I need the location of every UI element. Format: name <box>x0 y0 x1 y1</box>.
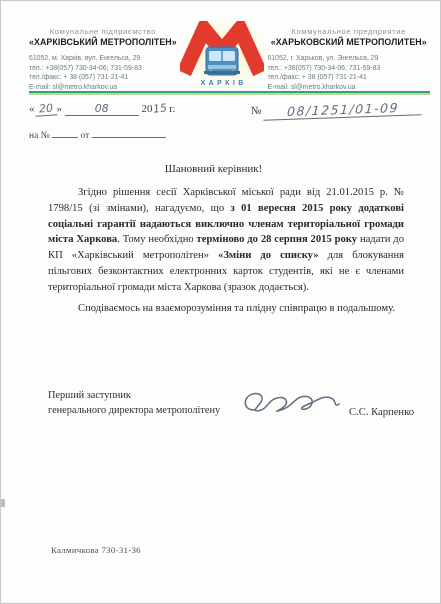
reply-from-label: от <box>81 131 90 141</box>
number-label: № <box>251 105 262 117</box>
letterhead-divider <box>29 91 430 95</box>
p1-run-normal: . Тому необхідно <box>117 234 196 245</box>
scan-artifact <box>1 499 5 507</box>
date-year-handwritten: 15 <box>152 101 167 115</box>
letterhead: Комунальне підприємство «ХАРКІВСЬКИЙ МЕТ… <box>29 17 430 92</box>
letterhead-russian: Коммунальное предприятие «ХАРЬКОВСКИЙ МЕ… <box>267 17 430 92</box>
reply-on-label: на № <box>29 131 50 141</box>
executor-contact: Калмичкова 730-31-36 <box>51 545 141 555</box>
outgoing-number-line: № 08/1251/01-09 <box>251 102 422 118</box>
divider-green-line <box>29 93 430 95</box>
address-line-ua: 61052, м. Харків, вул. Енгельса, 29 <box>29 54 177 64</box>
letter-body: Згідно рішення сесії Харківської міської… <box>48 185 404 316</box>
address-line-ru: 61052, г. Харьков, ул. Энгельса, 29 <box>267 54 430 64</box>
paragraph-2: Сподіваємось на взаєморозуміння та плідн… <box>48 301 404 317</box>
signature-handwriting-icon <box>240 386 343 420</box>
company-name-ua: «ХАРКІВСЬКИЙ МЕТРОПОЛІТЕН» <box>29 37 177 47</box>
company-type-ua: Комунальне підприємство <box>29 27 177 36</box>
fax-line-ua: тел./факс: + 38 (057) 731-21-41 <box>29 73 177 83</box>
phone-line-ua: тел.: +38(057) 730-34-06; 731-59-83 <box>29 64 177 74</box>
reply-date-blank <box>92 127 166 138</box>
reply-reference-line: на № от <box>29 127 166 141</box>
fax-line-ru: тел./факс: + 38 (057) 731-21-41 <box>267 73 430 83</box>
date-quote-open: « <box>29 103 35 115</box>
p1-run-bold: «Зміни до списку» <box>218 250 318 261</box>
signature-block: Перший заступник генерального директора … <box>48 386 414 418</box>
company-name-ru: «ХАРЬКОВСКИЙ МЕТРОПОЛИТЕН» <box>267 37 430 47</box>
signer-name: С.С. Карпенко <box>349 407 414 418</box>
logo-caption: ХАРКІВ <box>180 80 268 87</box>
date-suffix: г. <box>169 103 175 115</box>
metro-logo: ХАРКІВ <box>177 17 268 92</box>
company-type-ru: Коммунальное предприятие <box>267 27 430 36</box>
date-year-printed: 20 <box>142 103 153 115</box>
signer-title: Перший заступник генерального директора … <box>48 389 246 418</box>
p1-run-bold: терміново до 28 серпня 2015 року <box>197 234 358 245</box>
outgoing-number-handwritten: 08/1251/01-09 <box>263 99 422 121</box>
date-month-handwritten: 08 <box>65 102 139 116</box>
date-line: «20» 08 2015 г. <box>29 102 175 116</box>
scanned-letter-page: Комунальне підприємство «ХАРКІВСЬКИЙ МЕТ… <box>0 0 441 604</box>
signer-title-line2: генерального директора метрополітену <box>48 404 246 419</box>
paragraph-1: Згідно рішення сесії Харківської міської… <box>48 185 404 296</box>
metro-m-train-icon <box>180 21 264 77</box>
reply-number-blank <box>52 127 78 138</box>
address-block-ru: 61052, г. Харьков, ул. Энгельса, 29 тел.… <box>267 54 430 92</box>
letterhead-ukrainian: Комунальне підприємство «ХАРКІВСЬКИЙ МЕТ… <box>29 17 177 92</box>
address-block-ua: 61052, м. Харків, вул. Енгельса, 29 тел.… <box>29 54 177 92</box>
salutation: Шановний керівник! <box>1 163 426 175</box>
signer-title-line1: Перший заступник <box>48 389 246 404</box>
phone-line-ru: тел.: +38(057) 730-34-06; 731-59-83 <box>267 64 430 74</box>
reference-row: «20» 08 2015 г. № 08/1251/01-09 <box>29 102 422 118</box>
date-day-handwritten: 20 <box>34 101 57 117</box>
